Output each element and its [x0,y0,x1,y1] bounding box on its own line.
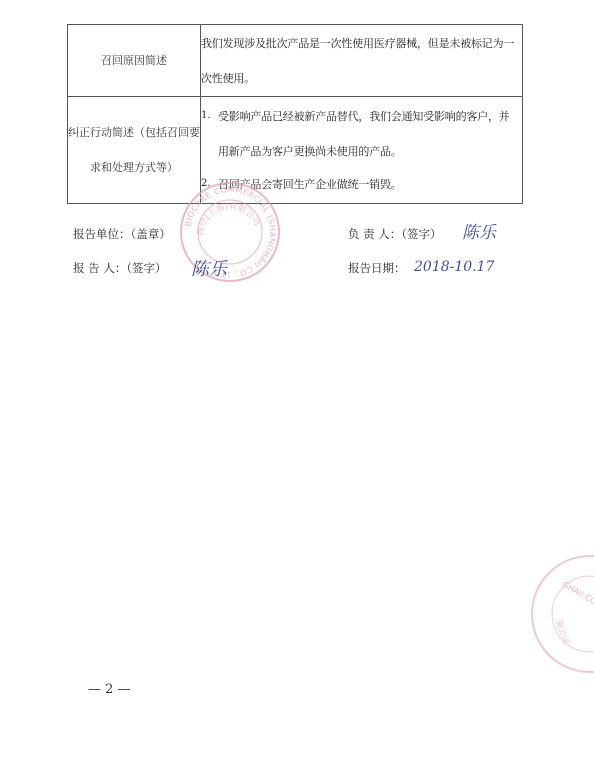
corrective-action-label-cell: 纠正行动简述（包括召回要 求和处理方式等） [68,97,201,204]
responsible-signature: 陈乐 [462,218,496,243]
list-item-text-line: 召回产品会寄回生产企业做统一销毁。 [218,179,402,190]
recall-info-table: 召回原因简述 我们发现涉及批次产品是一次性使用医疗器械，但是未被标记为一 次性使… [67,24,523,204]
reporter-label: 报 告 人：（签字） [73,260,167,276]
table-row-corrective-action: 纠正行动简述（包括召回要 求和处理方式等） 1. 受影响产品已经被新产品替代，我… [68,97,523,204]
list-item-text-line: 用新产品为客户更换尚未使用的产品。 [218,146,510,157]
list-item: 1. 受影响产品已经被新产品替代，我们会通知受影响的客户，并 用新产品为客户更换… [201,111,522,157]
reporter-signature: 陈乐 [191,255,227,281]
responsible-person-label: 负 责 人：（签字） [348,226,442,242]
document-page: 召回原因简述 我们发现涉及批次产品是一次性使用医疗器械，但是未被标记为一 次性使… [0,0,594,771]
svg-text:商贸(上海)有限公司: 商贸(上海)有限公司 [195,201,262,237]
recall-reason-text-line: 次性使用。 [201,73,522,84]
list-item: 2. 召回产品会寄回生产企业做统一销毁。 [201,179,522,190]
recall-reason-text-line: 我们发现涉及批次产品是一次性使用医疗器械，但是未被标记为一 [201,38,522,49]
recall-reason-label-cell: 召回原因简述 [68,25,201,97]
report-date-value: 2018-10.17 [414,259,494,275]
corrective-action-label: 纠正行动简述（包括召回要 [68,127,200,138]
report-unit-label: 报告单位：（盖章） [73,226,171,242]
corrective-action-value-cell: 1. 受影响产品已经被新产品替代，我们会通知受影响的客户，并 用新产品为客户更换… [201,97,523,204]
recall-reason-value-cell: 我们发现涉及批次产品是一次性使用医疗器械，但是未被标记为一 次性使用。 [201,25,523,97]
list-item-text-line: 受影响产品已经被新产品替代，我们会通知受影响的客户，并 [218,111,510,122]
partial-stamp: GHAI) CO., LTD. 限公司 [526,552,594,676]
partial-stamp-inner-text: 限公司 [554,620,571,646]
partial-stamp-outer-text: GHAI) CO., LTD. [561,580,594,619]
corrective-action-label: 求和处理方式等） [68,162,200,173]
list-number: 2. [201,179,218,189]
page-number: — 2 — [88,682,131,697]
list-number: 1. [201,111,218,121]
report-date-label: 报告日期： [348,260,406,276]
recall-reason-label: 召回原因简述 [68,55,200,66]
stamp-inner-text: 商贸(上海)有限公司 [195,201,262,237]
table-row-recall-reason: 召回原因简述 我们发现涉及批次产品是一次性使用医疗器械，但是未被标记为一 次性使… [68,25,523,97]
